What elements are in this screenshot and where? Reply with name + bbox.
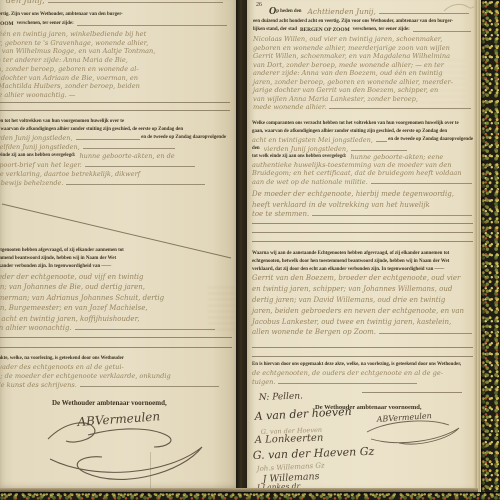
- ruled-line: [0, 337, 232, 338]
- printed-closing-line: deze akte, welke, na voorlezing, is gete…: [0, 355, 236, 363]
- handwritten-date: vierden Junij jongstleden,: [264, 145, 349, 153]
- witnesses-last-line: allen alhier woonachtig.: [0, 324, 216, 332]
- page-crease: [150, 452, 151, 491]
- handwritten-fragment: paspoort-brief van het leger.: [0, 161, 82, 169]
- marbled-fore-edge: [481, 0, 500, 500]
- printed-line: OP ZOOM verschenen, ter eener zijde:: [0, 20, 228, 28]
- ruled-line: [371, 183, 472, 184]
- handwritten-fragment: aan de wet op de nationale militie.: [252, 178, 368, 186]
- closing-last-line: tuigen.: [252, 378, 418, 386]
- printed-announcement: hebben tot het voltrekken van hun voorge…: [0, 118, 236, 134]
- printed-line: en veertig. Zijn voor ons Wethouder, amb…: [0, 11, 236, 19]
- printed-fragment: verschenen, ter eener zijde:: [353, 26, 410, 34]
- ruled-line: [48, 2, 223, 3]
- ruled-line: [312, 215, 472, 216]
- ruled-line: [379, 13, 469, 14]
- handwritten-fragment: hunne geboorte-akten; eene: [350, 153, 443, 161]
- handwritten-witnesses-block: broeder der echtgenoote, oud vijf en twi…: [0, 272, 236, 324]
- wethouder-signature: ABVermeulen: [30, 409, 226, 487]
- handwritten-fragment: hunne geboorte-akten, en de: [80, 152, 175, 160]
- handwritten-fragment: tuigen.: [252, 378, 275, 386]
- ruled-line: [362, 392, 462, 393]
- printed-fragment: verschenen, ter eener zijde:: [17, 20, 74, 28]
- handwritten-date-fragment: den Junij,: [6, 0, 45, 5]
- signature-pellen: N: Pellen.: [259, 391, 303, 403]
- printed-fragment: en de tweede op Zondag daaropvolgende: [388, 136, 473, 144]
- documents-line: paspoort-brief van het leger.: [0, 161, 196, 169]
- ruled-line: [75, 329, 215, 330]
- wethouder-title-label: De Wethouder ambtenaar voornoemd,: [52, 399, 167, 407]
- handwritten-fragment: allen alhier woonachtig.: [0, 324, 72, 332]
- show-through-ghost: [208, 282, 234, 334]
- wethouder-signature: ABVermeulen: [359, 412, 471, 448]
- ruled-line: [66, 184, 205, 185]
- ornate-initial: O: [269, 8, 276, 16]
- ruled-line: [252, 232, 473, 233]
- handwritten-witnesses-block: Gerrit van den Boezem, broeder der echtg…: [252, 273, 472, 328]
- printed-fragment: lijken stand, der stad: [253, 26, 297, 34]
- handwritten-closing-block: de vader des echtgenoots en al de getui-…: [0, 363, 236, 381]
- handwritten-date: Achttienden Junij,: [308, 7, 376, 16]
- documents-last-line: aan de wet op de nationale militie.: [252, 178, 473, 186]
- printed-vows-paragraph: de Echtgenooten hebben afgevraagd, of zi…: [0, 247, 236, 270]
- witnesses-last-line: allen wonende te Bergen op Zoom.: [252, 328, 473, 336]
- show-through-ghost: [255, 55, 465, 113]
- handwritten-fragment: het bewijs behelzende.: [0, 179, 63, 187]
- handwritten-fragment: allen wonende te Bergen op Zoom.: [252, 328, 376, 336]
- handwritten-date: elfden Junij jongstleden,: [0, 143, 80, 151]
- opening-line: O p heden den Achttienden Junij,: [269, 7, 470, 16]
- closing-last-line: in de kunst des schrijvens.: [0, 381, 220, 389]
- witness-signature: A Lonkeerten: [255, 433, 324, 446]
- ruled-line: [351, 150, 407, 151]
- handwritten-fragment: in de kunst des schrijvens.: [0, 381, 77, 389]
- ruled-line: [278, 383, 417, 384]
- ruled-line: [77, 25, 227, 26]
- ruled-line: [252, 241, 473, 242]
- consent-last-line: toe te stemmen.: [252, 210, 473, 218]
- ruled-line: [376, 141, 387, 142]
- printed-line: lijken stand, der stad BERGEN OP ZOOM ve…: [253, 26, 472, 34]
- left-top-date-line: den Junij,: [6, 0, 224, 5]
- documents-line: welk einde zij aan ons hebben overgelegd…: [0, 152, 226, 160]
- announcement-date-line-2: den elfden Junij jongstleden,: [0, 143, 176, 151]
- handwritten-parties-block: oud één en twintig jaren, winkelbediende…: [0, 30, 236, 100]
- book-gutter: [236, 0, 247, 494]
- handwritten-closing-line: de echtgenooten, de ouders der echtgenoo…: [252, 369, 472, 377]
- printed-closing-line: En is hiervan door ons opgemaakt deze ak…: [252, 361, 473, 369]
- documents-line: het bewijs behelzende.: [0, 179, 206, 187]
- printed-fragment: p heden den: [276, 8, 301, 16]
- printed-vows-paragraph: Waarna wij aan de aanstaande Echtgenoote…: [252, 250, 472, 273]
- printed-line: een duizend acht honderd acht en veertig…: [253, 18, 472, 26]
- announcement-date-line: vierden Junij jongstleden, en de tweede …: [0, 134, 226, 142]
- city-name-bold: OP ZOOM: [0, 20, 14, 28]
- handwritten-consent-block: De moeder der echtgenoote, hierbij mede …: [252, 189, 472, 210]
- ruled-line: [83, 148, 175, 149]
- printed-fragment: tot welk einde zij aan ons hebben overge…: [252, 153, 346, 161]
- handwritten-fragment: eene verklaring, daartoe betrekkelijk, d…: [0, 170, 236, 178]
- announcement-date-line: acht en twintigsten Mei jongstleden, en …: [252, 136, 473, 144]
- handwritten-fragment: toe te stemmen.: [252, 210, 309, 218]
- ruled-line: [252, 356, 473, 357]
- printed-announcement: Welke comparanten ons verzocht hebben to…: [252, 120, 472, 136]
- witness-signature: A van der hoeven: [254, 405, 352, 423]
- ruled-line: [80, 386, 219, 387]
- ruled-line: [85, 166, 195, 167]
- printed-fragment: en de tweede op Zondag daaropvolgende: [141, 134, 226, 142]
- witness-signature: G. van der Haeven Gz: [253, 445, 375, 462]
- ruled-line: [0, 347, 232, 348]
- handwritten-date: acht en twintigsten Mei jongstleden,: [252, 136, 373, 144]
- folio-number: 26: [256, 2, 262, 8]
- ruled-line: [379, 333, 472, 334]
- documents-line: tot welk einde zij aan ons hebben overge…: [252, 153, 473, 161]
- announcement-date-line-2: den vierden Junij jongstleden,: [252, 145, 408, 153]
- printed-fragment: den: [252, 145, 260, 153]
- ruled-line: [0, 110, 230, 111]
- city-name-bold: BERGEN OP ZOOM: [300, 26, 350, 34]
- right-page: 26 O p heden den Achttienden Junij, een …: [247, 0, 478, 494]
- handwritten-documents-block: authentieke huwelijks-toestemming van de…: [252, 161, 472, 178]
- ruled-line: [76, 139, 141, 140]
- ruled-line: [0, 102, 230, 103]
- register-book-scan: den Junij, en veertig. Zijn voor ons Wet…: [0, 0, 500, 500]
- marbled-bottom-edge: [0, 492, 500, 500]
- ruled-line: [252, 347, 473, 348]
- ruled-line: [252, 223, 473, 224]
- handwritten-date: vierden Junij jongstleden,: [0, 134, 73, 142]
- left-page: den Junij, en veertig. Zijn voor ons Wet…: [0, 0, 236, 491]
- ruled-line: [413, 31, 471, 32]
- printed-fragment: welk einde zij aan ons hebben overgelegd…: [0, 152, 76, 160]
